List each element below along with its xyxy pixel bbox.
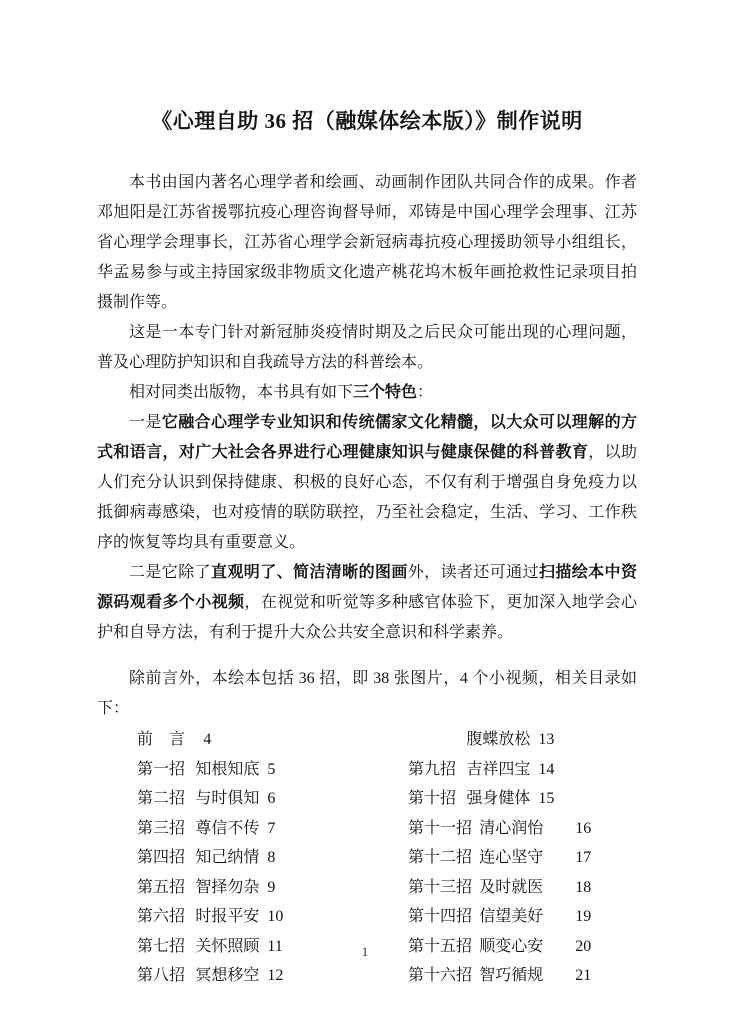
text-run: 外，读者还可通过: [408, 564, 539, 581]
text-run: ：: [417, 384, 433, 401]
toc-entry-label: 第八招: [137, 961, 188, 991]
toc-entry-label: 第一招: [137, 755, 188, 785]
toc-entry-label: 前 言: [137, 725, 188, 755]
toc-entry-label: 第六招: [137, 902, 188, 932]
toc-entry-page: 21: [575, 967, 591, 984]
toc-entry-title: 时报平安: [195, 908, 259, 925]
text-run: 相对同类出版物，本书具有如下: [129, 384, 353, 401]
paragraph-feature-one: 一是它融合心理学专业知识和传统儒家文化精髓，以大众可以理解的方式和语言，对广大社…: [97, 408, 637, 558]
toc-entry-title: 智择勿杂: [195, 879, 259, 896]
toc-entry-title: 与时俱知: [195, 790, 259, 807]
toc-entry-page: 18: [575, 879, 591, 896]
text-run: 二是它除了: [129, 564, 211, 581]
toc-entry-label: 第十六招: [408, 961, 472, 991]
page-number: 1: [0, 944, 730, 960]
toc-entry-label: 第十二招: [408, 843, 472, 873]
toc-entry-page: 4: [203, 731, 211, 748]
bold-text-run: 三个特色: [353, 384, 417, 401]
toc-entry: 第六招时报平安10: [137, 902, 408, 932]
toc-entry-title: 强身健体: [466, 790, 530, 807]
toc-entry-label: 第二招: [137, 784, 188, 814]
toc-entry-page: 6: [267, 790, 275, 807]
toc-entry: 前 言4: [137, 725, 408, 755]
document-page: 《心理自助 36 招（融媒体绘本版）》制作说明 本书由国内著名心理学者和绘画、动…: [0, 0, 730, 1032]
paragraph-three-features: 相对同类出版物，本书具有如下三个特色：: [97, 378, 637, 408]
bold-text-run: 它融合心理学专业知识和传统儒家文化精髓，以大众可以理解的方式和语言，对广大社会各…: [97, 414, 637, 461]
paragraph-feature-two: 二是它除了直观明了、简洁清晰的图画外，读者还可通过扫描绘本中资源码观看多个小视频…: [97, 558, 637, 648]
toc-entry-label: 第五招: [137, 873, 188, 903]
toc-entry-title: 知己纳情: [195, 849, 259, 866]
toc-entry: 第十四招信望美好19: [408, 902, 637, 932]
toc-intro: 除前言外，本绘本包括 36 招，即 38 张图片，4 个小视频，相关目录如下：: [97, 664, 637, 724]
toc-entry-label: 第十招: [408, 784, 459, 814]
toc-entry-title: 冥想移空: [195, 967, 259, 984]
document-title: 《心理自助 36 招（融媒体绘本版）》制作说明: [97, 106, 637, 136]
toc-entry-page: 9: [267, 879, 275, 896]
toc-entry: 第四招知己纳情8: [137, 843, 408, 873]
toc-entry-page: 7: [267, 820, 275, 837]
toc-entry-title: 腹蝶放松: [466, 731, 530, 748]
toc-entry-page: 8: [267, 849, 275, 866]
bold-text-run: 直观明了、简洁清晰的图画: [211, 564, 408, 581]
toc-entry-label: 第十一招: [408, 814, 472, 844]
toc-entry-label: 第十三招: [408, 873, 472, 903]
toc-entry: 第五招智择勿杂9: [137, 873, 408, 903]
toc-entry-title: 连心坚守: [479, 849, 543, 866]
toc-entry-title: 清心润怡: [479, 820, 543, 837]
toc-entry-page: 13: [538, 731, 554, 748]
toc-entry-page: 16: [575, 820, 591, 837]
toc-entry: 第二招与时俱知6: [137, 784, 408, 814]
toc-entry-title: 知根知底: [195, 761, 259, 778]
toc-entry-page: 15: [538, 790, 554, 807]
toc-entry-label: 第四招: [137, 843, 188, 873]
toc-entry-label: 第三招: [137, 814, 188, 844]
toc-entry-label: 第十四招: [408, 902, 472, 932]
text-run: 一是: [129, 414, 162, 431]
toc-entry: 第九招吉祥四宝14: [408, 755, 637, 785]
toc-entry: 第十招强身健体15: [408, 784, 637, 814]
toc-entry-label: 第九招: [408, 755, 459, 785]
toc-entry: 第八招冥想移空12: [137, 961, 408, 991]
toc-entry-title: 信望美好: [479, 908, 543, 925]
toc-entry: 第十二招连心坚守17: [408, 843, 637, 873]
toc-entry: 第一招知根知底5: [137, 755, 408, 785]
paragraph-book-purpose: 这是一本专门针对新冠肺炎疫情时期及之后民众可能出现的心理问题，普及心理防护知识和…: [97, 318, 637, 378]
toc-entry: 第十三招及时就医18: [408, 873, 637, 903]
text-run: 这是一本专门针对新冠肺炎疫情时期及之后民众可能出现的心理问题，普及心理防护知识和…: [97, 324, 637, 371]
toc-entry-page: 17: [575, 849, 591, 866]
toc-entry: 第十一招清心润怡16: [408, 814, 637, 844]
toc-entry-page: 12: [267, 967, 283, 984]
toc-entry-title: 尊信不传: [195, 820, 259, 837]
toc-entry-title: 及时就医: [479, 879, 543, 896]
text-run: 本书由国内著名心理学者和绘画、动画制作团队共同合作的成果。作者邓旭阳是江苏省援鄂…: [97, 174, 637, 311]
toc-entry: 第三招尊信不传7: [137, 814, 408, 844]
toc-entry-page: 19: [575, 908, 591, 925]
toc-entry-title: 吉祥四宝: [466, 761, 530, 778]
toc-entry-page: 14: [538, 761, 554, 778]
toc-entry-page: 5: [267, 761, 275, 778]
toc-entry: 第十六招智巧循规21: [408, 961, 637, 991]
toc-entry-title: 智巧循规: [479, 967, 543, 984]
toc-entry-page: 10: [267, 908, 283, 925]
paragraph-authors: 本书由国内著名心理学者和绘画、动画制作团队共同合作的成果。作者邓旭阳是江苏省援鄂…: [97, 168, 637, 318]
toc-entry: 腹蝶放松13: [408, 725, 637, 755]
